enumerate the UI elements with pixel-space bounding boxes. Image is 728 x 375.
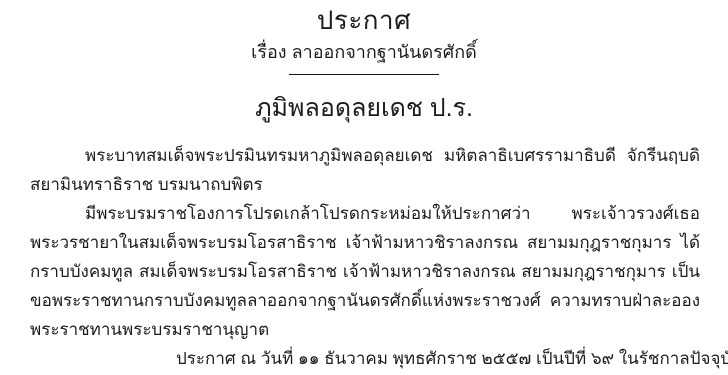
page-title: ประกาศ (0, 3, 728, 37)
promulgation-date-line: ประกาศ ณ วันที่ ๑๑ ธันวาคม พุทธศักราช ๒๕… (30, 344, 700, 373)
body-line: พระราชทานพระบรมราชานุญาต (30, 315, 700, 344)
body-line: สยามินทราธิราช บรมนาถบพิตร (30, 170, 700, 199)
body-line: ขอพระราชทานกราบบังคมทูลลาออกจากฐานันดรศั… (30, 286, 700, 315)
body-line: กราบบังคมทูล สมเด็จพระบรมโอรสาธิราช เจ้า… (30, 257, 700, 286)
royal-signatory: ภูมิพลอดุลยเดช ป.ร. (0, 92, 728, 124)
body-line: พระวรชายาในสมเด็จพระบรมโอรสาธิราช เจ้าฟ้… (30, 228, 700, 257)
body-line: มีพระบรมราชโองการโปรดเกล้าโปรดกระหม่อมให… (30, 199, 700, 228)
body-text: พระบาทสมเด็จพระปรมินทรมหาภูมิพลอดุลยเดช … (0, 141, 728, 373)
divider-line (289, 74, 439, 75)
subject-line: เรื่อง ลาออกจากฐานันดรศักดิ์ (0, 39, 728, 65)
body-line: พระบาทสมเด็จพระปรมินทรมหาภูมิพลอดุลยเดช … (30, 141, 700, 170)
proclamation-document: ประกาศ เรื่อง ลาออกจากฐานันดรศักดิ์ ภูมิ… (0, 0, 728, 375)
